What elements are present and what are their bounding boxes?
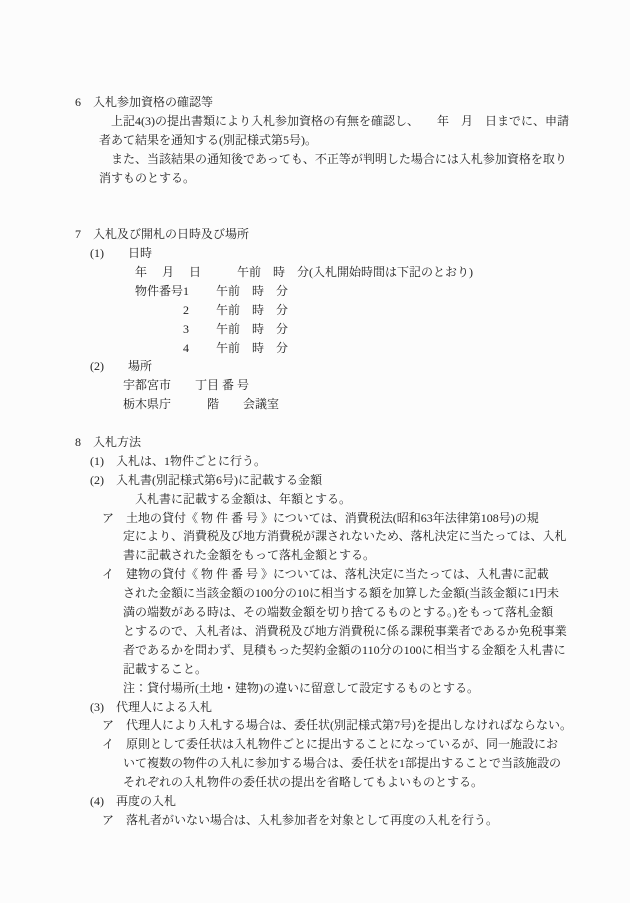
text-line: 入札書に記載する金額は、年額とする。	[75, 490, 620, 509]
text-line: 宇都宮市 丁目 番 号	[75, 376, 620, 395]
text-line: (2) 場所	[75, 357, 620, 376]
text-line: イ 原則として委任状は入札物件ごとに提出することになっているが、同一施設にお	[75, 735, 620, 754]
text-line: 書に記載された金額をもって落札金額とする。	[75, 546, 620, 565]
text-line: ア 代理人により入札する場合は、委任状(別記様式第7号)を提出しなければならない…	[75, 716, 620, 735]
text-line: (1) 日時	[75, 244, 620, 263]
text-line: 2 午前 時 分	[75, 301, 620, 320]
text-line: とするので、入札者は、消費税及び地方消費税に係る課税事業者であるか免税事業	[75, 622, 620, 641]
text-line: 年 月 日 午前 時 分(入札開始時間は下記のとおり)	[75, 263, 620, 282]
text-line: (2) 入札書(別記様式第6号)に記載する金額	[75, 471, 620, 490]
text-line: いて複数の物件の入札に参加する場合は、委任状を1部提出することで当該施設の	[75, 754, 620, 773]
text-line: ア 土地の貸付《 物 件 番 号 》については、消費税法(昭和63年法律第108…	[75, 509, 620, 528]
text-line: された金額に当該金額の100分の10に相当する額を加算した金額(当該金額に1円未	[75, 584, 620, 603]
blank-line	[75, 206, 620, 225]
text-line: 満の端数がある時は、その端数金額を切り捨てるものとする。)をもって落札金額	[75, 603, 620, 622]
text-line: 上記4(3)の提出書類により入札参加資格の有無を確認し、 年 月 日までに、申請	[75, 112, 620, 131]
text-line: また、当該結果の通知後であっても、不正等が判明した場合には入札参加資格を取り	[75, 150, 620, 169]
blank-line	[75, 187, 620, 206]
document-text-block: 6 入札参加資格の確認等 上記4(3)の提出書類により入札参加資格の有無を確認し…	[75, 93, 620, 830]
text-line: (1) 入札は、1物件ごとに行う。	[75, 452, 620, 471]
text-line: 7 入札及び開札の日時及び場所	[75, 225, 620, 244]
text-line: 4 午前 時 分	[75, 339, 620, 358]
text-line: (3) 代理人による入札	[75, 698, 620, 717]
text-line: (4) 再度の入札	[75, 792, 620, 811]
text-line: 6 入札参加資格の確認等	[75, 93, 620, 112]
text-line: 注：貸付場所(土地・建物)の違いに留意して設定するものとする。	[75, 679, 620, 698]
document-page: 6 入札参加資格の確認等 上記4(3)の提出書類により入札参加資格の有無を確認し…	[0, 0, 630, 903]
text-line: 8 入札方法	[75, 433, 620, 452]
text-line: ア 落札者がいない場合は、入札参加者を対象として再度の入札を行う。	[75, 811, 620, 830]
text-line: 記載すること。	[75, 660, 620, 679]
blank-line	[75, 414, 620, 433]
text-line: それぞれの入札物件の委任状の提出を省略してもよいものとする。	[75, 773, 620, 792]
text-line: 者あて結果を通知する(別記様式第5号)。	[75, 131, 620, 150]
text-line: 消すものとする。	[75, 169, 620, 188]
text-line: 定により、消費税及び地方消費税が課されないため、落札決定に当たっては、入札	[75, 527, 620, 546]
text-line: 3 午前 時 分	[75, 320, 620, 339]
text-line: 栃木県庁 階 会議室	[75, 395, 620, 414]
text-line: 物件番号1 午前 時 分	[75, 282, 620, 301]
text-line: 者であるかを問わず、見積もった契約金額の110分の100に相当する金額を入札書に	[75, 641, 620, 660]
text-line: イ 建物の貸付《 物 件 番 号 》については、落札決定に当たっては、入札書に記…	[75, 565, 620, 584]
